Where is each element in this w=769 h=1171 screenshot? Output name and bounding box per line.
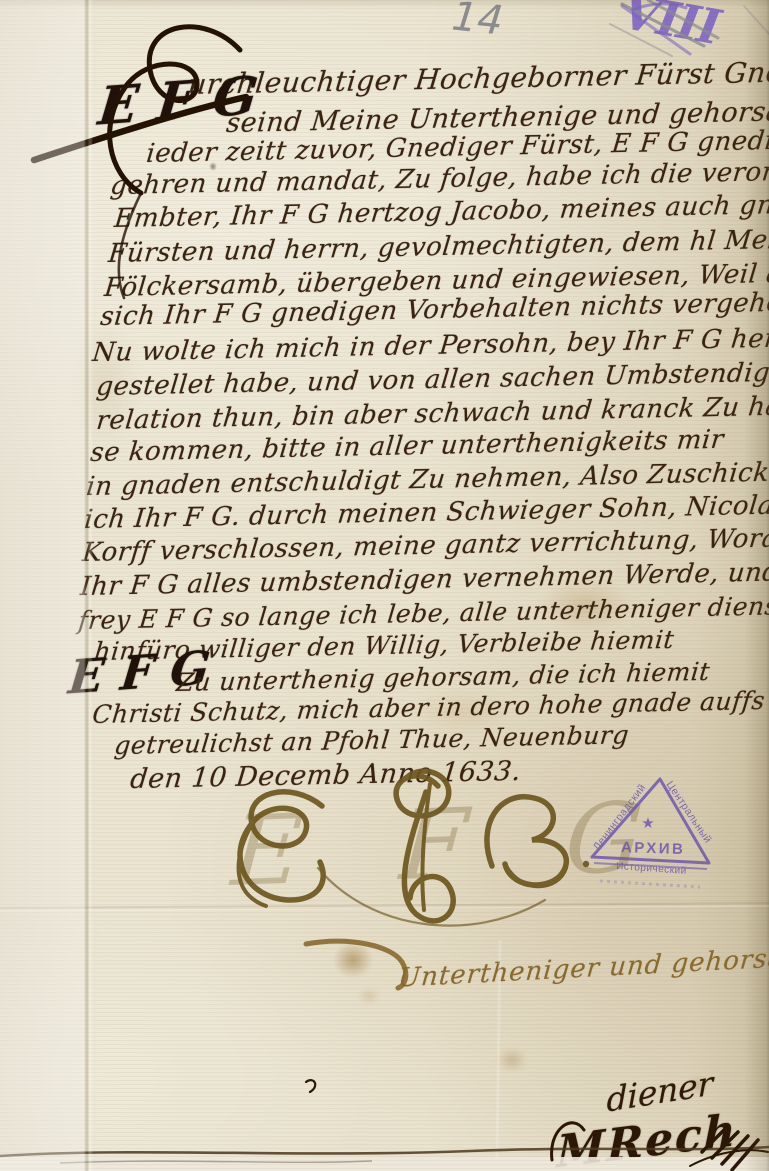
manuscript-line-24: den 10 Decemb Anno 1633.: [129, 756, 523, 795]
manuscript-page: 14 VIII urchleuchtiger Hochgeborner Fürs…: [0, 0, 769, 1171]
folio-number-pencil: 14: [450, 0, 505, 45]
letter-lines: urchleuchtiger Hochgeborner Fürst Gnedig…: [0, 0, 769, 1171]
manuscript-line-1: urchleuchtiger Hochgeborner Fürst Gnedig…: [187, 52, 769, 101]
